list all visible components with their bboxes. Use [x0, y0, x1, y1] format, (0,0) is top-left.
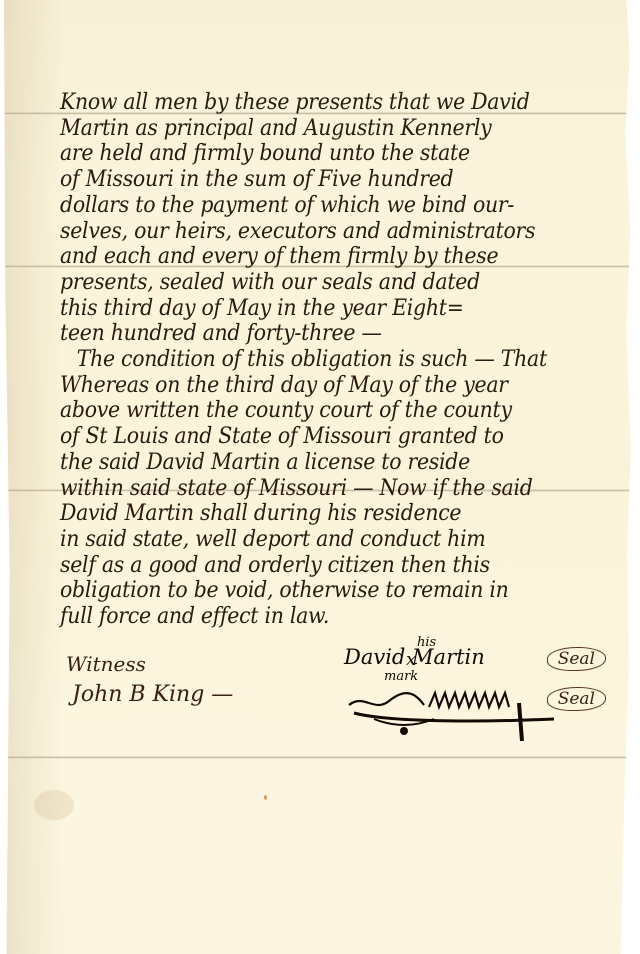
text-line: and each and every of them firmly by the…	[60, 244, 599, 270]
signature-block: his David Martin x Seal mark Seal	[344, 645, 614, 721]
paper-spot	[264, 795, 267, 800]
text-line: dollars to the payment of which we bind …	[60, 193, 599, 219]
text-line: Martin as principal and Augustin Kennerl…	[60, 116, 599, 142]
bond-body-text: Know all men by these presents that we D…	[60, 90, 640, 630]
text-line: self as a good and orderly citizen then …	[60, 553, 599, 579]
text-line: above written the county court of the co…	[60, 398, 599, 424]
seal-scroll: Seal	[547, 687, 606, 711]
text-line: The condition of this obligation is such…	[60, 347, 599, 373]
text-line: of Missouri in the sum of Five hundred	[60, 167, 599, 193]
text-line: of St Louis and State of Missouri grante…	[60, 424, 599, 450]
mark-his-label: his	[417, 635, 436, 650]
x-mark-icon: x	[406, 649, 416, 670]
witness-block: Witness John B King —	[66, 652, 233, 707]
witness-label: Witness	[66, 652, 233, 676]
text-line: within said state of Missouri — Now if t…	[60, 476, 599, 502]
signature-flourish-icon	[344, 683, 564, 743]
text-line: obligation to be void, otherwise to rema…	[60, 578, 599, 604]
mark-label: mark	[384, 669, 418, 684]
signature-augustin-kennerly: mark Seal	[344, 683, 614, 721]
text-line: Whereas on the third day of May of the y…	[60, 373, 599, 399]
seal-scroll: Seal	[547, 647, 606, 671]
text-line: this third day of May in the year Eight=	[60, 296, 599, 322]
fold-crease	[4, 756, 634, 759]
text-line: teen hundred and forty-three —	[60, 321, 599, 347]
text-line: Know all men by these presents that we D…	[60, 90, 599, 116]
text-line: are held and firmly bound unto the state	[60, 141, 599, 167]
paper-stain	[34, 790, 74, 820]
text-line: in said state, well deport and conduct h…	[60, 527, 599, 553]
text-line: full force and effect in law.	[60, 604, 599, 630]
text-line: presents, sealed with our seals and date…	[60, 270, 599, 296]
text-line: selves, our heirs, executors and adminis…	[60, 219, 599, 245]
text-line: David Martin shall during his residence	[60, 501, 599, 527]
text-line: the said David Martin a license to resid…	[60, 450, 599, 476]
document-page: Know all men by these presents that we D…	[4, 0, 634, 954]
witness-signature: John B King —	[72, 682, 233, 707]
